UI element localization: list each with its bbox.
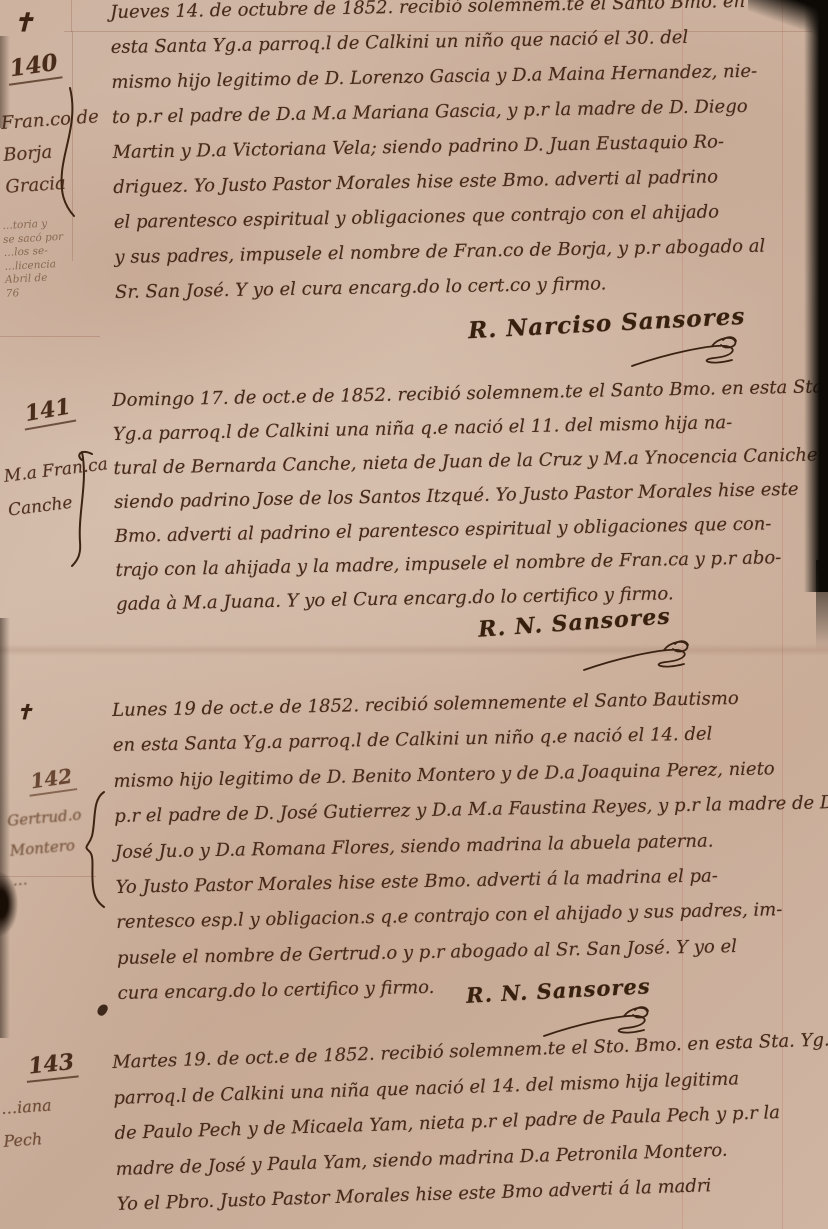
signature-rubric-icon [580,638,700,682]
scan-edge-right [804,0,828,592]
ink-blot [96,1003,109,1018]
margin-brace [80,790,106,910]
margin-name: M.a Fran.ca Canche [2,447,114,527]
signature-rubric-icon [628,334,748,378]
entry-number: 143 [24,1049,79,1083]
paper-crease [0,644,828,656]
baptism-record-143: Martes 19. de oct.e de 1852. recibió sol… [112,1030,828,1229]
baptism-record-142: Lunes 19 de oct.e de 1852. recibió solem… [112,686,828,1018]
entry-number: 142 [26,763,77,796]
entry-number: 141 [20,393,76,431]
margin-name-line: Pech [2,1118,100,1158]
scan-corner-top-right [748,0,828,36]
cross-icon: ✝ [16,700,33,724]
cross-icon: ✝ [13,8,34,37]
scan-shadow-top-left [0,36,10,128]
margin-brace [52,86,82,218]
scan-edge-right-fade [816,560,828,650]
margin-brace [68,446,96,568]
scan-shadow-left [0,872,18,936]
baptism-record-141: Domingo 17. de oct.e de 1852. recibió so… [112,376,828,628]
margin-note: …toria y se sacó por …los se- …licencia … [2,216,86,301]
baptism-record-140: Jueves 14. de octubre de 1852. recibió s… [110,0,827,317]
margin-name: …iana Pech [0,1085,100,1158]
register-page: ✝ 140 Fran.co de Borja Gracia …toria y s… [0,0,828,1229]
entry-number: 140 [5,48,63,85]
scan-edge-left [0,618,10,1038]
margin-divider-1 [0,336,100,337]
ruled-line-corner [71,0,72,32]
